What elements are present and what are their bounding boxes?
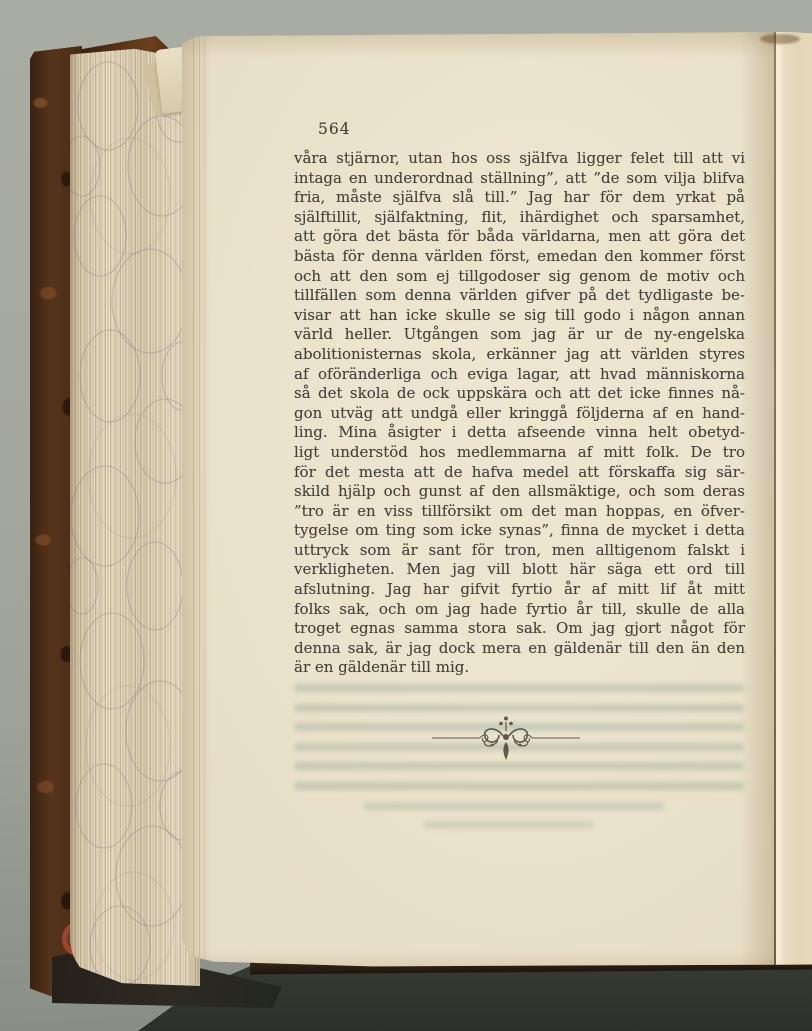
text-line: och att den som ej tillgodoser sig genom… bbox=[294, 267, 745, 287]
showthrough-text-ghost bbox=[294, 684, 744, 841]
text-line: för det mesta att de hafva medel att för… bbox=[294, 463, 745, 483]
page-edge-stack bbox=[70, 46, 200, 986]
text-line: abolitionisternas skola, erkänner jag at… bbox=[294, 345, 745, 365]
text-line: verkligheten. Men jag vill blott här säg… bbox=[294, 560, 745, 580]
text-line: ”tro är en viss tillförsikt om det man h… bbox=[294, 502, 745, 522]
gutter-shadow bbox=[740, 32, 774, 972]
text-line: uttryck som är sant för tron, men alltig… bbox=[294, 541, 745, 561]
text-line: själftillit, själfaktning, flit, ihärdig… bbox=[294, 208, 745, 228]
open-page: 564 våra stjärnor, utan hos oss själfva … bbox=[182, 32, 812, 972]
text-line: att göra det bästa för båda världarna, m… bbox=[294, 227, 745, 247]
text-line: är en gäldenär till mig. bbox=[294, 658, 745, 678]
text-line: visar att han icke skulle se sig till go… bbox=[294, 306, 745, 326]
text-line: tygelse om ting som icke synas”, finna d… bbox=[294, 521, 745, 541]
text-line: skild hjälp och gunst af den allsmäktige… bbox=[294, 482, 745, 502]
text-line: af oföränderliga och eviga lagar, att hv… bbox=[294, 365, 745, 385]
gutter-top-wear bbox=[760, 34, 800, 44]
text-line: ligt understöd hos medlemmarna af mitt f… bbox=[294, 443, 745, 463]
text-line: värld heller. Utgången som jag är ur de … bbox=[294, 325, 745, 345]
text-line: troget egnas samma stora sak. Om jag gjo… bbox=[294, 619, 745, 639]
fleuron-divider-icon bbox=[430, 714, 582, 762]
body-text: våra stjärnor, utan hos oss själfva ligg… bbox=[294, 149, 745, 678]
text-line: våra stjärnor, utan hos oss själfva ligg… bbox=[294, 149, 745, 169]
text-line: så det skola de ock uppskära och att det… bbox=[294, 384, 745, 404]
text-line: gon utväg att undgå eller kringgå följde… bbox=[294, 404, 745, 424]
book-photo: 564 våra stjärnor, utan hos oss själfva … bbox=[0, 0, 812, 1031]
page-number: 564 bbox=[318, 120, 351, 138]
text-line: tillfällen som denna världen gifver på d… bbox=[294, 286, 745, 306]
marbling-pattern bbox=[70, 46, 200, 986]
text-line: afslutning. Jag har gifvit fyrtio år af … bbox=[294, 580, 745, 600]
text-line: ling. Mina åsigter i detta afseende vinn… bbox=[294, 423, 745, 443]
text-line: folks sak, och om jag hade fyrtio år til… bbox=[294, 600, 745, 620]
text-line: denna sak, är jag dock mera en gäldenär … bbox=[294, 639, 745, 659]
under-page-edges bbox=[191, 32, 207, 972]
text-line: bästa för denna världen först, emedan de… bbox=[294, 247, 745, 267]
facing-page-sliver bbox=[776, 32, 812, 972]
text-line: intaga en underordnad ställning”, att ”d… bbox=[294, 169, 745, 189]
text-line: fria, måste själfva slå till.” Jag har f… bbox=[294, 188, 745, 208]
